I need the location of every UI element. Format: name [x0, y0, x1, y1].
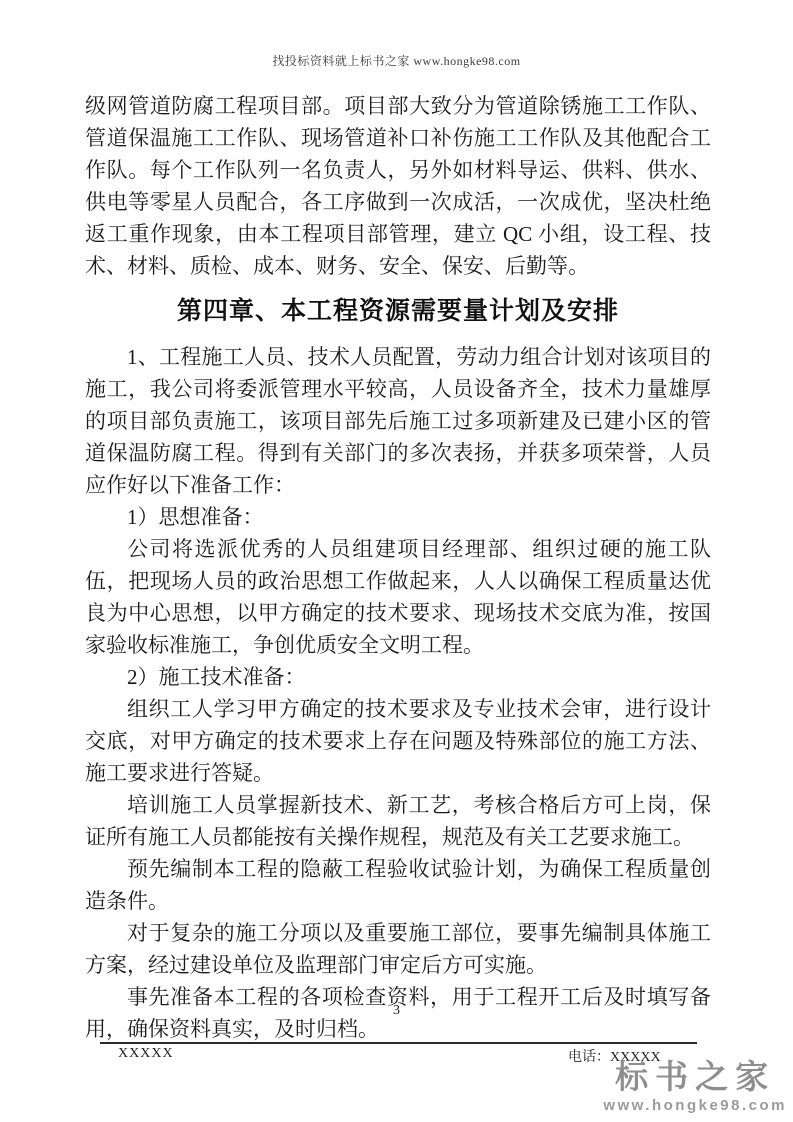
watermark-logo-url: www.hongke98.com: [603, 1097, 787, 1114]
chapter-title: 第四章、本工程资源需要量计划及安排: [85, 293, 711, 329]
paragraph-subheading: 1）思想准备：: [85, 501, 711, 533]
watermark-logo: 标书之家 www.hongke98.com: [603, 1060, 787, 1114]
page-header-promo: 找投标资料就上标书之家 www.hongke98.com: [0, 52, 793, 69]
document-body: 级网管道防腐工程项目部。项目部大致分为管道除锈施工工作队、管道保温施工工作队、现…: [85, 90, 711, 1045]
document-page: 找投标资料就上标书之家 www.hongke98.com 级网管道防腐工程项目部…: [0, 0, 793, 1122]
paragraph: 预先编制本工程的隐蔽工程验收试验计划，为确保工程质量创造条件。: [85, 853, 711, 917]
paragraph: 1、工程施工人员、技术人员配置，劳动力组合计划对该项目的施工，我公司将委派管理水…: [85, 341, 711, 501]
paragraph-subheading: 2）施工技术准备：: [85, 661, 711, 693]
paragraph: 培训施工人员掌握新技术、新工艺，考核合格后方可上岗，保证所有施工人员都能按有关操…: [85, 789, 711, 853]
page-number: 3: [0, 1003, 793, 1019]
paragraph: 组织工人学习甲方确定的技术要求及专业技术会审，进行设计交底，对甲方确定的技术要求…: [85, 693, 711, 789]
watermark-logo-title: 标书之家: [603, 1060, 787, 1095]
paragraph: 对于复杂的施工分项以及重要施工部位，要事先编制具体施工方案，经过建设单位及监理部…: [85, 917, 711, 981]
footer-divider: [100, 1042, 697, 1044]
continuation-paragraph: 级网管道防腐工程项目部。项目部大致分为管道除锈施工工作队、管道保温施工工作队、现…: [85, 90, 711, 282]
paragraph: 公司将选派优秀的人员组建项目经理部、组织过硬的施工队伍，把现场人员的政治思想工作…: [85, 533, 711, 661]
footer-company-text: XXXXX: [118, 1046, 174, 1062]
